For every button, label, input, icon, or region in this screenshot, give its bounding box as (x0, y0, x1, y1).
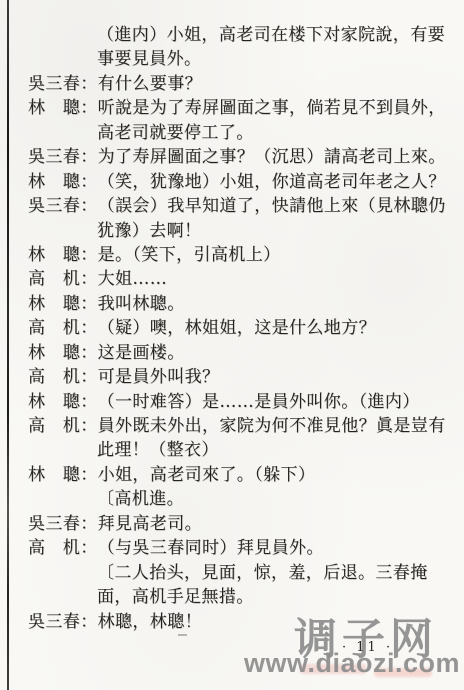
script-line: 高 机： （疑）噢，林姐姐，这是什么地方？ (28, 316, 452, 340)
speaker-name (28, 438, 97, 462)
speaker-name (28, 219, 97, 243)
speaker-name: 高 机： (28, 267, 98, 291)
speech-text: （疑）噢，林姐姐，这是什么地方？ (98, 316, 452, 340)
speech-text: 为了寿屏圖面之事？（沉思）請高老司上來。 (98, 145, 452, 169)
script-line: 高 机： （与吳三春同时）拜見員外。 (28, 536, 452, 560)
speech-text: 可是員外叫我？ (98, 365, 452, 389)
script-line: 林 聰： （一时难答）是……是員外叫你。（進内） (28, 390, 452, 414)
speech-text: （誤会）我早知道了，快請他上來（見林聰仍 (98, 194, 452, 218)
script-line: 高老司就要停工了。 (28, 121, 452, 145)
speech-text: 有什么要事？ (98, 72, 452, 96)
speaker-name: 吳三春： (28, 610, 98, 634)
script-line: 林 聰： 小姐，高老司來了。（躲下） (28, 463, 452, 487)
speaker-name: 吳三春： (28, 194, 98, 218)
speaker-name: 林 聰： (28, 170, 98, 194)
speaker-name: 林 聰： (28, 96, 98, 120)
script-line: 高 机： 員外既未外出，家院为何不准見他？眞是豈有 (28, 414, 452, 438)
speaker-name (28, 487, 97, 511)
speech-text: 我叫林聰。 (98, 292, 452, 316)
scan-speck (178, 634, 187, 636)
speech-text: （進内）小姐，高老司在楼下对家院說，有要 (97, 23, 452, 47)
speaker-name (28, 121, 97, 145)
speech-text: 事要見員外。 (97, 47, 452, 71)
script-line: 犹豫）去啊！ (28, 219, 452, 243)
speech-text: 大姐…… (98, 267, 452, 291)
speaker-name: 林 聰： (28, 243, 98, 267)
script-line: 高 机： 大姐…… (28, 267, 452, 291)
speech-text: 〔高机進。 (97, 487, 452, 511)
page-binding-line (7, 0, 9, 690)
speech-text: 高老司就要停工了。 (97, 121, 452, 145)
speaker-name: 林 聰： (28, 463, 98, 487)
script-line: 林 聰： 是。（笑下，引高机上） (28, 243, 452, 267)
speaker-name (28, 47, 97, 71)
speech-text: 小姐，高老司來了。（躲下） (98, 463, 452, 487)
speech-text: 是。（笑下，引高机上） (98, 243, 452, 267)
script-line: 〔二人抬头，見面，惊，羞，后退。三春掩 (28, 561, 452, 585)
script-line: 高 机： 可是員外叫我？ (28, 365, 452, 389)
speech-text: （与吳三春同时）拜見員外。 (98, 536, 452, 560)
script-line: 林 聰： 我叫林聰。 (28, 292, 452, 316)
speaker-name (28, 585, 97, 609)
speaker-name: 吳三春： (28, 145, 98, 169)
speaker-name: 林 聰： (28, 341, 98, 365)
script-line: 林 聰： （笑，犹豫地）小姐，你道高老司年老之人？ (28, 170, 452, 194)
speaker-name: 吳三春： (28, 72, 98, 96)
script-line: 〔高机進。 (28, 487, 452, 511)
script-line: 林 聰： 这是画楼。 (28, 341, 452, 365)
speech-text: 員外既未外出，家院为何不准見他？眞是豈有 (98, 414, 452, 438)
speaker-name: 高 机： (28, 365, 98, 389)
speech-text: 听說是为了寿屏圖面之事，倘若見不到員外， (98, 96, 452, 120)
speech-text: （一时难答）是……是員外叫你。（進内） (98, 390, 452, 414)
speech-text: 犹豫）去啊！ (97, 219, 452, 243)
script-line: 吳三春： （誤会）我早知道了，快請他上來（見林聰仍 (28, 194, 452, 218)
speech-text: 拜見高老司。 (98, 512, 452, 536)
script-line: 吳三春： 有什么要事？ (28, 72, 452, 96)
speech-text: 此理！（整衣） (97, 438, 452, 462)
speech-text: 这是画楼。 (98, 341, 452, 365)
script-line: 此理！（整衣） (28, 438, 452, 462)
page-number: · 11 · (342, 640, 393, 655)
speaker-name: 高 机： (28, 536, 98, 560)
speaker-name: 林 聰： (28, 390, 98, 414)
speaker-name: 林 聰： (28, 292, 98, 316)
script-line: 吳三春： 拜見高老司。 (28, 512, 452, 536)
speaker-name: 高 机： (28, 414, 98, 438)
script-line: （進内）小姐，高老司在楼下对家院說，有要 (28, 23, 452, 47)
speaker-name: 高 机： (28, 316, 98, 340)
speaker-name: 吳三春： (28, 512, 98, 536)
script-text-block: （進内）小姐，高老司在楼下对家院說，有要 事要見員外。 吳三春： 有什么要事？ … (28, 23, 452, 634)
scan-speck (228, 595, 235, 602)
speaker-name (28, 23, 97, 47)
speech-text: 〔二人抬头，見面，惊，羞，后退。三春掩 (97, 561, 452, 585)
script-line: 吳三春： 为了寿屏圖面之事？（沉思）請高老司上來。 (28, 145, 452, 169)
script-line: 林 聰： 听說是为了寿屏圖面之事，倘若見不到員外， (28, 96, 452, 120)
scanned-script-page: （進内）小姐，高老司在楼下对家院說，有要 事要見員外。 吳三春： 有什么要事？ … (0, 0, 464, 690)
speaker-name (28, 561, 97, 585)
script-line: 事要見員外。 (28, 47, 452, 71)
speech-text: （笑，犹豫地）小姐，你道高老司年老之人？ (98, 170, 452, 194)
